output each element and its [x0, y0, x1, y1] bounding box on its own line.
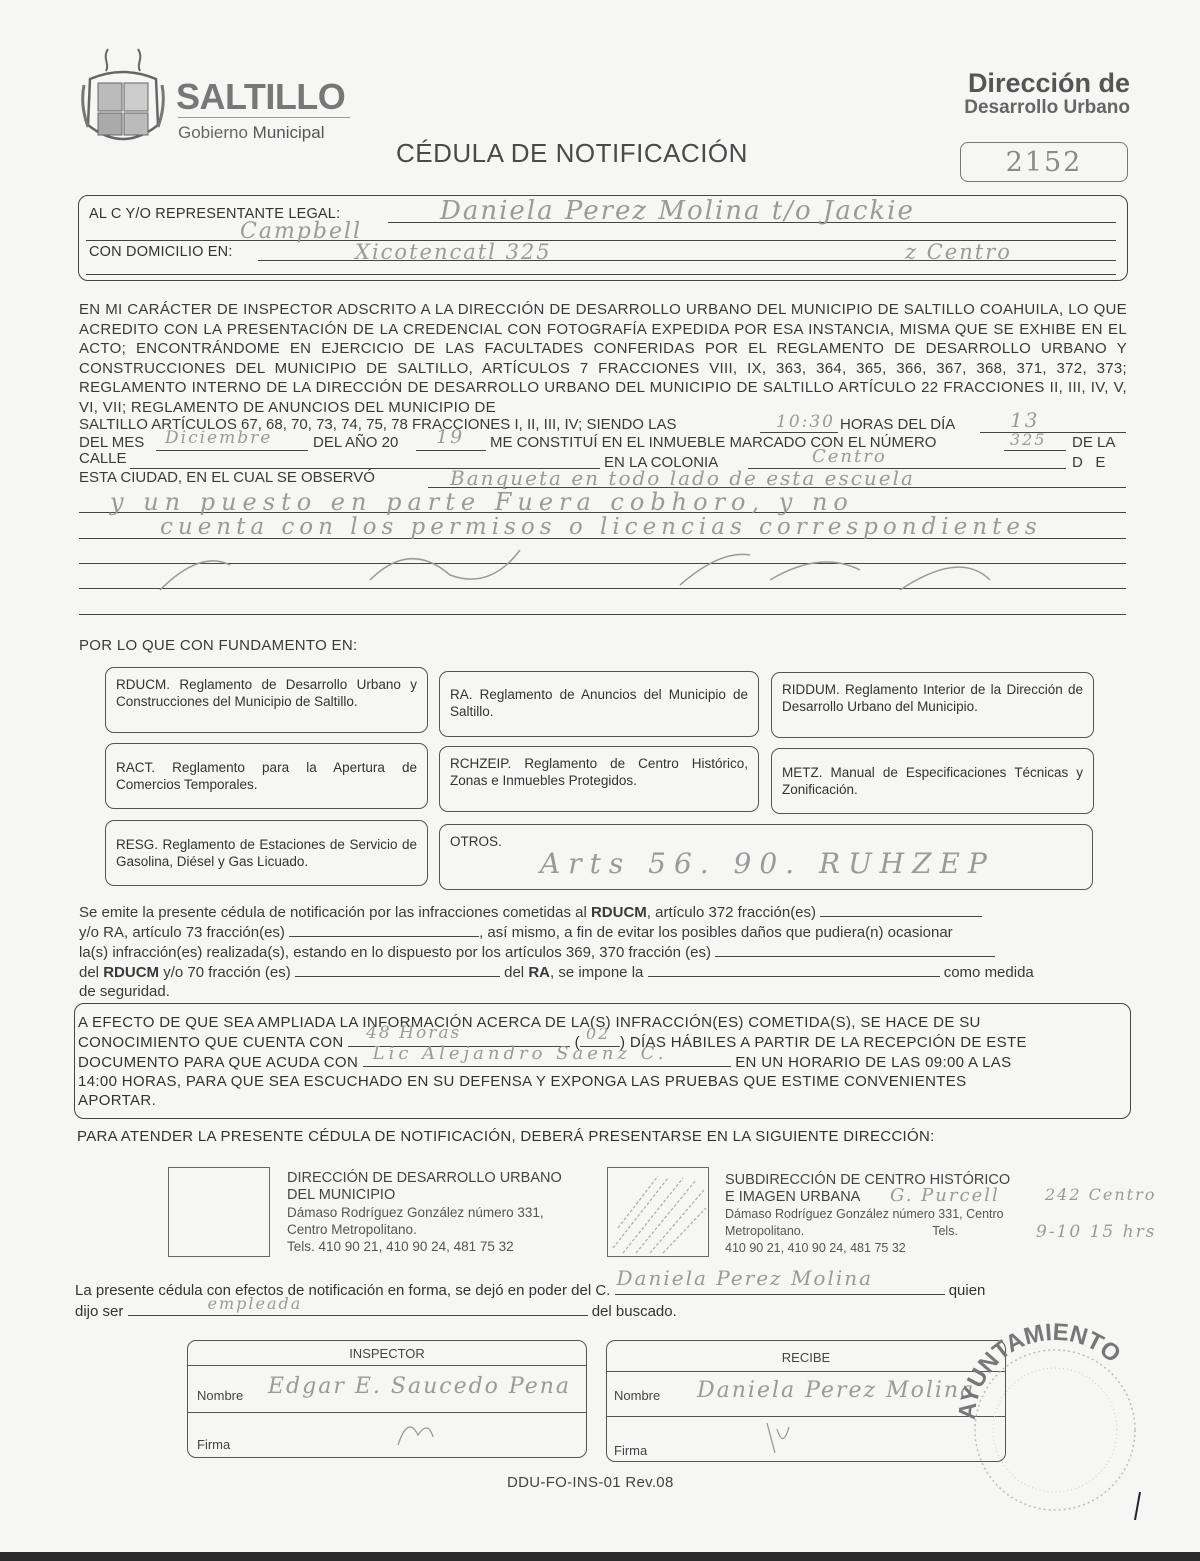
office-2-note-address: 242 Centro: [1045, 1185, 1156, 1204]
form-code: DDU-FO-INS-01 Rev.08: [507, 1474, 674, 1491]
street-label: CALLE: [79, 450, 127, 467]
hours-label: HORAS DEL DÍA: [840, 416, 955, 433]
regulation-metz[interactable]: METZ. Manual de Especificaciones Técnica…: [771, 748, 1094, 814]
regulation-ract[interactable]: RACT. Reglamento para la Apertura de Com…: [105, 743, 428, 809]
hatch-mark-icon: [608, 1168, 708, 1256]
page-bottom-edge: [0, 1552, 1200, 1561]
regulation-resg[interactable]: RESG. Reglamento de Estaciones de Servic…: [105, 820, 428, 886]
inspector-signature-field[interactable]: [388, 1415, 448, 1451]
day-field[interactable]: 13: [1010, 408, 1039, 432]
representative-field-cont[interactable]: Campbell: [240, 219, 362, 244]
inspector-header: INSPECTOR: [188, 1341, 586, 1366]
infractions-paragraph: Se emite la presente cédula de notificac…: [79, 902, 1129, 1001]
inspector-signature-table: INSPECTOR Nombre Edgar E. Saucedo Pena F…: [187, 1340, 587, 1458]
de-label: D E: [1072, 454, 1105, 471]
strike-scribble: [140, 540, 1000, 600]
ra-70-fraction-field[interactable]: [295, 962, 500, 977]
department-name: Dirección de Desarrollo Urbano: [964, 68, 1130, 119]
office-2-checkbox[interactable]: [607, 1167, 709, 1257]
address-label: CON DOMICILIO EN:: [89, 244, 233, 260]
recibe-signature-field[interactable]: [757, 1419, 817, 1455]
coat-of-arms-icon: [80, 45, 166, 157]
hour-field[interactable]: 10:30: [776, 412, 835, 432]
regulation-otros[interactable]: OTROS. Arts 56. 90. RUHZEP: [439, 824, 1093, 890]
folio-box: 2152: [960, 142, 1128, 182]
month-field[interactable]: Diciembre: [165, 428, 272, 448]
otros-field[interactable]: Arts 56. 90. RUHZEP: [540, 855, 995, 872]
regulation-riddum[interactable]: RIDDUM. Reglamento Interior de la Direcc…: [771, 672, 1094, 738]
number-field[interactable]: 325: [1010, 430, 1047, 449]
observed-line-2[interactable]: y un puesto en parte Fuera cobhoro, y no: [110, 488, 854, 516]
hearing-text: A EFECTO DE QUE SEA AMPLIADA LA INFORMAC…: [78, 1013, 1120, 1110]
role-field[interactable]: empleada: [128, 1301, 588, 1316]
pen-mark: [1133, 1490, 1141, 1522]
document-title: CÉDULA DE NOTIFICACIÓN: [396, 138, 748, 169]
logo-subtitle: Gobierno Municipal: [178, 123, 324, 143]
office-2-note-hours: 9-10 15 hrs: [1036, 1222, 1156, 1242]
address-field-2[interactable]: z Centro: [905, 240, 1012, 264]
recibe-name-field[interactable]: Daniela Perez Molina: [697, 1378, 975, 1403]
inspector-signature-label: Firma: [197, 1437, 230, 1452]
observed-line-3[interactable]: cuenta con los permisos o licencias corr…: [160, 514, 1042, 540]
representative-field[interactable]: Daniela Perez Molina t/o Jackie: [440, 196, 915, 226]
regulation-rducm[interactable]: RDUCM. Reglamento de Desarrollo Urbano y…: [105, 667, 428, 733]
month-label: DEL MES: [79, 434, 144, 451]
office-2-note-name: G. Purcell: [890, 1185, 1000, 1206]
ra-fraction-field[interactable]: [289, 922, 479, 937]
delivered-to-field[interactable]: Daniela Perez Molina: [615, 1280, 945, 1295]
observed-label: ESTA CIUDAD, EN EL CUAL SE OBSERVÓ: [79, 469, 375, 486]
logo-divider: [178, 117, 350, 118]
year-label: DEL AÑO 20: [313, 434, 398, 451]
rducm-fraction-field[interactable]: [820, 902, 982, 917]
inspector-name-field[interactable]: Edgar E. Saucedo Pena: [268, 1374, 571, 1399]
folio-number: 2152: [1006, 147, 1083, 178]
contact-field[interactable]: Lic Alejandro Saenz C.: [363, 1052, 731, 1067]
de-la-label: DE LA: [1072, 434, 1115, 451]
notification-document: SALTILLO Gobierno Municipal Dirección de…: [0, 0, 1200, 1561]
inspector-name-label: Nombre: [197, 1388, 243, 1403]
rducm-369-fraction-field[interactable]: [715, 942, 995, 957]
logo-title: SALTILLO: [176, 76, 345, 118]
office-1-info: DIRECCIÓN DE DESARROLLO URBANO DEL MUNIC…: [287, 1170, 562, 1255]
attend-label: PARA ATENDER LA PRESENTE CÉDULA DE NOTIF…: [77, 1128, 935, 1145]
official-stamp: AYUNTAMIENTO: [945, 1310, 1145, 1530]
colony-field[interactable]: Centro: [812, 446, 887, 467]
address-field[interactable]: Xicotencatl 325: [355, 240, 552, 264]
regulation-rchzeip[interactable]: RCHZEIP. Reglamento de Centro Histórico,…: [439, 746, 759, 812]
recibe-signature-label: Firma: [614, 1443, 647, 1458]
observed-line-1[interactable]: Banqueta en todo lado de esta escuela: [450, 466, 915, 490]
office-1-checkbox[interactable]: [168, 1167, 270, 1257]
intro-paragraph: EN MI CARÁCTER DE INSPECTOR ADSCRITO A L…: [79, 300, 1127, 417]
security-measure-field[interactable]: [648, 962, 940, 977]
regulation-ra[interactable]: RA. Reglamento de Anuncios del Municipio…: [439, 671, 759, 737]
foundation-label: POR LO QUE CON FUNDAMENTO EN:: [79, 637, 357, 654]
recibe-name-label: Nombre: [614, 1388, 660, 1403]
year-field[interactable]: 19: [436, 426, 464, 448]
